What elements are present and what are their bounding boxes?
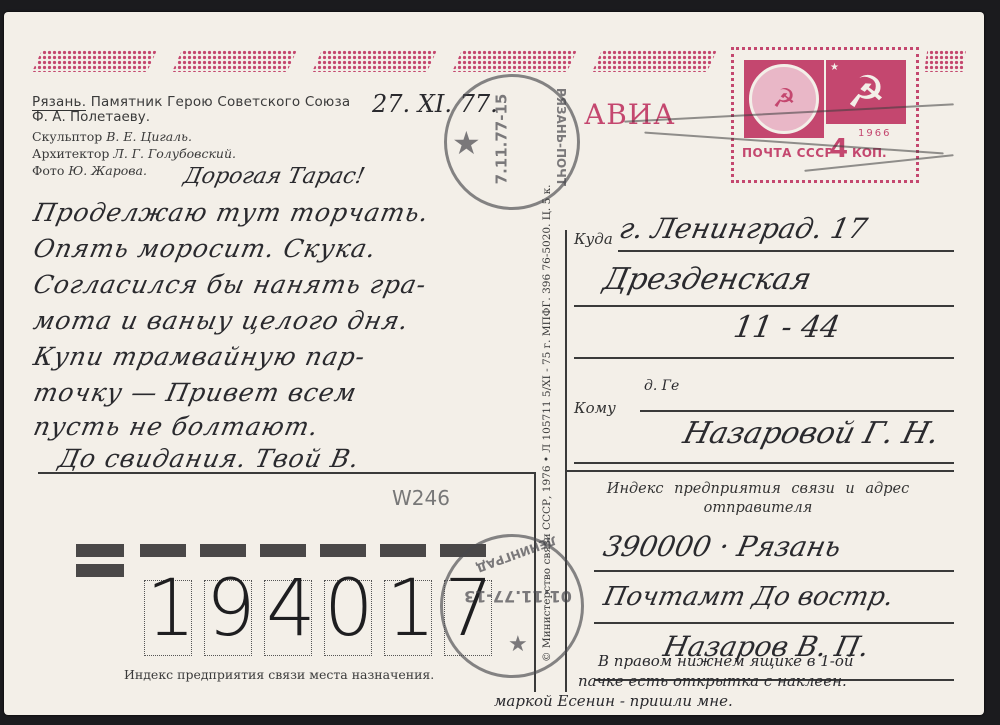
address-line: [594, 622, 954, 624]
address-line: [574, 357, 954, 359]
message-line: Согласился бы нанять гра-: [31, 270, 430, 299]
ryazan-postmark-date: 7.11.77-15: [492, 94, 510, 185]
address-divider: [565, 470, 954, 472]
picture-caption-hero: Ф. А. Полетаеву.: [32, 109, 150, 125]
message-line: мота и ваныу целого дня.: [31, 306, 412, 335]
ussr-coat-of-arms-icon: ☭: [744, 60, 824, 138]
address-line: [594, 570, 954, 572]
architect-credit: Архитектор Л. Г. Голубовский.: [32, 146, 236, 161]
postmark-star-icon: ★: [508, 632, 528, 657]
sender-post-office: Почтамт До востр.: [601, 582, 896, 612]
zip-guide-bar: [380, 544, 426, 557]
address-line: [574, 305, 954, 307]
airmail-border-stripe: [32, 50, 157, 72]
address-line: [618, 250, 954, 252]
airmail-border-stripe: [172, 50, 297, 72]
sender-zip-city: 390000 · Рязань: [600, 530, 844, 563]
star-icon: ★: [830, 62, 839, 73]
zip-guide-bar: [200, 544, 246, 557]
airmail-label: АВИА: [584, 98, 675, 131]
message-line: Проделжаю тут торчать.: [31, 198, 432, 227]
message-line: Купи трамвайную пар-: [31, 342, 368, 371]
footnote-line: пачке есть открытка с наклеен.: [578, 672, 847, 690]
sender-label: Индекс предприятия связи и адрес отправи…: [578, 480, 938, 518]
sculptor-label: Скульптор: [32, 129, 102, 144]
address-line: [574, 462, 954, 464]
footnote-line: маркой Есенин - пришли мне.: [494, 692, 733, 710]
zip-guide-bar: [140, 544, 186, 557]
pencil-catalog-note: W246: [392, 486, 450, 510]
message-line: пусть не болтают.: [31, 412, 322, 441]
photo-credit: Фото Ю. Жарова.: [32, 163, 147, 178]
sculptor-credit: Скульптор В. Е. Цигаль.: [32, 129, 192, 144]
photo-name: Ю. Жарова.: [68, 163, 147, 178]
postmark-star-icon: ★: [452, 124, 481, 162]
zip-guide-bar: [260, 544, 306, 557]
stamp-value: 4: [830, 134, 848, 164]
postcard: Рязань. Памятник Герою Советского Союза …: [4, 12, 984, 715]
picture-caption-title: Рязань. Памятник Герою Советского Союза: [32, 94, 350, 110]
monument-title: Памятник Герою Советского Союза: [91, 94, 351, 110]
zip-guide-bar: [76, 564, 124, 577]
leningrad-postmark-date: 01.11.77-13: [464, 587, 572, 606]
message-line: точку — Привет всем: [31, 378, 360, 407]
recipient-prefix: д. Ге: [644, 378, 679, 394]
to-whom-label: Кому: [574, 399, 616, 417]
destination-city: г. Ленинград. 17: [616, 212, 870, 245]
zip-digit: 4: [266, 564, 316, 654]
footnote-line: В правом нижнем ящике в 1-ой: [598, 652, 854, 670]
message-greeting: Дорогая Тарас!: [181, 164, 367, 189]
zip-guide-bar: [320, 544, 366, 557]
architect-label: Архитектор: [32, 146, 109, 161]
zip-digit: 0: [324, 564, 374, 654]
destination-street: Дрезденская: [600, 262, 814, 297]
sculptor-name: В. Е. Цигаль.: [106, 129, 192, 144]
message-signoff: До свидания. Твой В.: [56, 444, 363, 473]
zip-guide-bar: [76, 544, 124, 557]
destination-house: 11 - 44: [731, 310, 843, 345]
airmail-border-stripe: [312, 50, 437, 72]
message-divider: [38, 472, 536, 474]
message-line: Опять моросит. Скука.: [31, 234, 379, 263]
ryazan-postmark-city: РЯЗАНЬ-ПОЧТ: [554, 88, 568, 186]
stamp-country: ПОЧТА СССР: [742, 146, 834, 160]
airmail-border-stripe: [924, 50, 966, 72]
zip-digit: 1: [146, 564, 196, 654]
airmail-border-stripe: [452, 50, 577, 72]
zip-caption: Индекс предприятия связи места назначени…: [124, 667, 434, 682]
address-line: [640, 410, 954, 412]
zip-digit: 1: [386, 564, 436, 654]
photo-label: Фото: [32, 163, 64, 178]
to-where-label: Куда: [574, 230, 613, 248]
airmail-border-stripe: [592, 50, 717, 72]
recipient-name: Назаровой Г. Н.: [680, 416, 943, 451]
stamp-year: 1966: [858, 128, 891, 139]
architect-name: Л. Г. Голубовский.: [113, 146, 236, 161]
zip-digit: 9: [206, 564, 256, 654]
